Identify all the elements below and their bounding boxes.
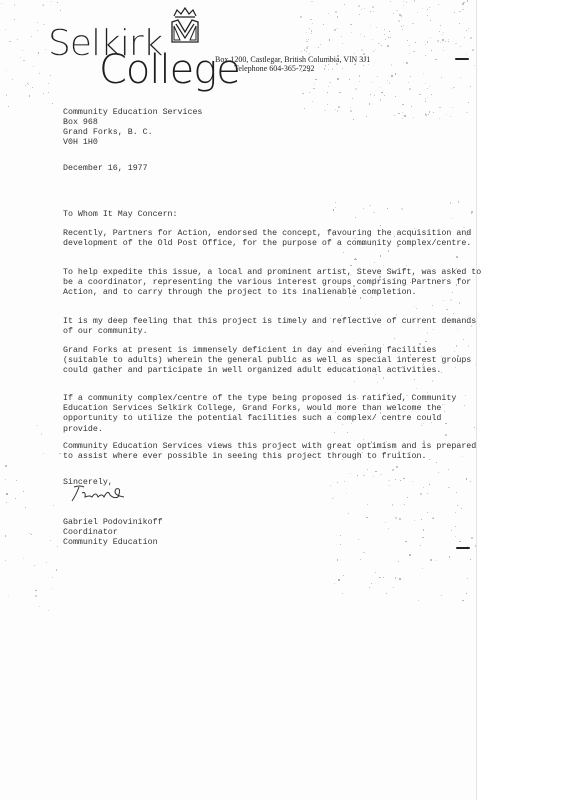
college-telephone: Telephone 604-365-7292 xyxy=(234,64,315,73)
sender-address-line: Box 968 xyxy=(63,118,98,128)
sender-address-line: V0H 1H0 xyxy=(63,138,98,148)
sender-address-line: Grand Forks, B. C. xyxy=(63,128,153,138)
edge-mark xyxy=(456,547,470,549)
edge-mark xyxy=(455,58,469,60)
body-paragraph: It is my deep feeling that this project … xyxy=(63,317,483,337)
body-paragraph: Recently, Partners for Action, endorsed … xyxy=(63,229,483,249)
body-paragraph: Community Education Services views this … xyxy=(63,442,483,462)
letter-page: Selkirk College Box 1200, Castlegar, Bri… xyxy=(0,0,477,800)
body-paragraph: Grand Forks at present is immensely defi… xyxy=(63,346,483,377)
signer-name: Gabriel Podovinikoff xyxy=(63,518,163,528)
signer-department: Community Education xyxy=(63,538,158,548)
salutation: To Whom It May Concern: xyxy=(63,210,178,220)
letter-date: December 16, 1977 xyxy=(63,164,148,174)
college-address: Box 1200, Castlegar, British Columbia, V… xyxy=(215,55,370,64)
signer-title: Coordinator xyxy=(63,528,118,538)
sender-address-line: Community Education Services xyxy=(63,108,202,118)
handwritten-signature xyxy=(70,483,130,503)
body-paragraph: To help expedite this issue, a local and… xyxy=(63,268,483,299)
body-paragraph: If a community complex/centre of the typ… xyxy=(63,394,483,435)
crown-shield-emblem-icon xyxy=(168,6,202,46)
